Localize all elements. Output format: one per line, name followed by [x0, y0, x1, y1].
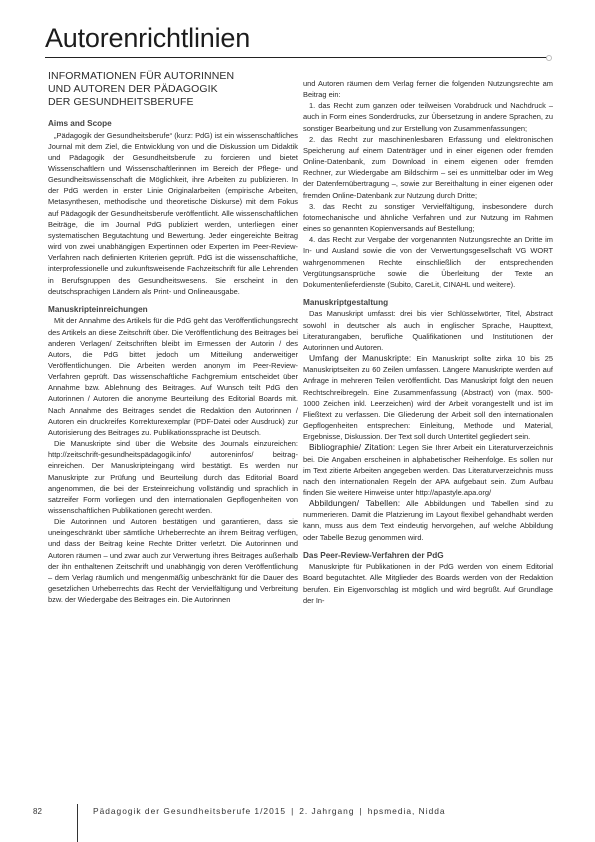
footer-separator: | [360, 806, 363, 816]
right-column: und Autoren räumen dem Verlag ferner die… [303, 78, 553, 606]
rights-item-3: 3. das Recht zu sonstiger Vervielfältigu… [303, 201, 553, 234]
biblio-label: Bibliographie/ Zitation: [309, 442, 395, 452]
submission-paragraph-3: Die Autorinnen und Autoren bestätigen un… [48, 516, 298, 605]
left-column: Informationen für Autorinnen und Autoren… [48, 70, 298, 605]
scope-text: Ein Manuskript sollte zirka 10 bis 25 Ma… [303, 354, 553, 441]
title-rule-end-dot [546, 55, 552, 61]
page-number: 82 [33, 807, 42, 816]
scope-label: Umfang der Manuskripte: [309, 353, 411, 363]
running-footer: Pädagogik der Gesundheitsberufe 1/2015|2… [93, 806, 446, 816]
footer-separator: | [291, 806, 294, 816]
aims-heading: Aims and Scope [48, 118, 298, 130]
kicker-line-1: Informationen für Autorinnen [48, 70, 298, 83]
biblio-paragraph: Bibliographie/ Zitation: Legen Sie Ihrer… [303, 442, 553, 498]
rights-item-1: 1. das Recht zum ganzen oder teilweisen … [303, 100, 553, 133]
peer-review-heading: Das Peer-Review-Verfahren der PdG [303, 550, 553, 562]
design-heading: Manuskriptgestaltung [303, 297, 553, 309]
aims-paragraph: „Pädagogik der Gesundheitsberufe“ (kurz:… [48, 130, 298, 297]
design-intro: Das Manuskript umfasst: drei bis vier Sc… [303, 308, 553, 353]
figures-paragraph: Abbildungen/ Tabellen: Alle Abbildungen … [303, 498, 553, 543]
peer-review-paragraph: Manuskripte für Publikationen in der PdG… [303, 561, 553, 606]
footer-publisher: hpsmedia, Nidda [368, 806, 446, 816]
rights-item-4: 4. das Recht zur Vergabe der vorgenannte… [303, 234, 553, 290]
submission-paragraph-2: Die Manuskripte sind über die Website de… [48, 438, 298, 516]
footer-divider [77, 804, 78, 842]
footer-volume: 2. Jahrgang [299, 806, 354, 816]
section-kicker: Informationen für Autorinnen und Autoren… [48, 70, 298, 109]
submission-paragraph-1: Mit der Annahme des Artikels für die PdG… [48, 315, 298, 438]
rights-item-2: 2. das Recht zur maschinenlesbaren Erfas… [303, 134, 553, 201]
scope-paragraph: Umfang der Manuskripte: Ein Manuskript s… [303, 353, 553, 442]
kicker-line-2: und Autoren der Pädagogik [48, 83, 298, 96]
submission-heading: Manuskripteinreichungen [48, 304, 298, 316]
title-rule [45, 57, 548, 58]
kicker-line-3: der Gesundheitsberufe [48, 96, 298, 109]
rights-intro: und Autoren räumen dem Verlag ferner die… [303, 78, 553, 100]
figures-label: Abbildungen/ Tabellen: [309, 498, 400, 508]
footer-journal: Pädagogik der Gesundheitsberufe 1/2015 [93, 806, 286, 816]
page-title: Autorenrichtlinien [45, 22, 250, 54]
